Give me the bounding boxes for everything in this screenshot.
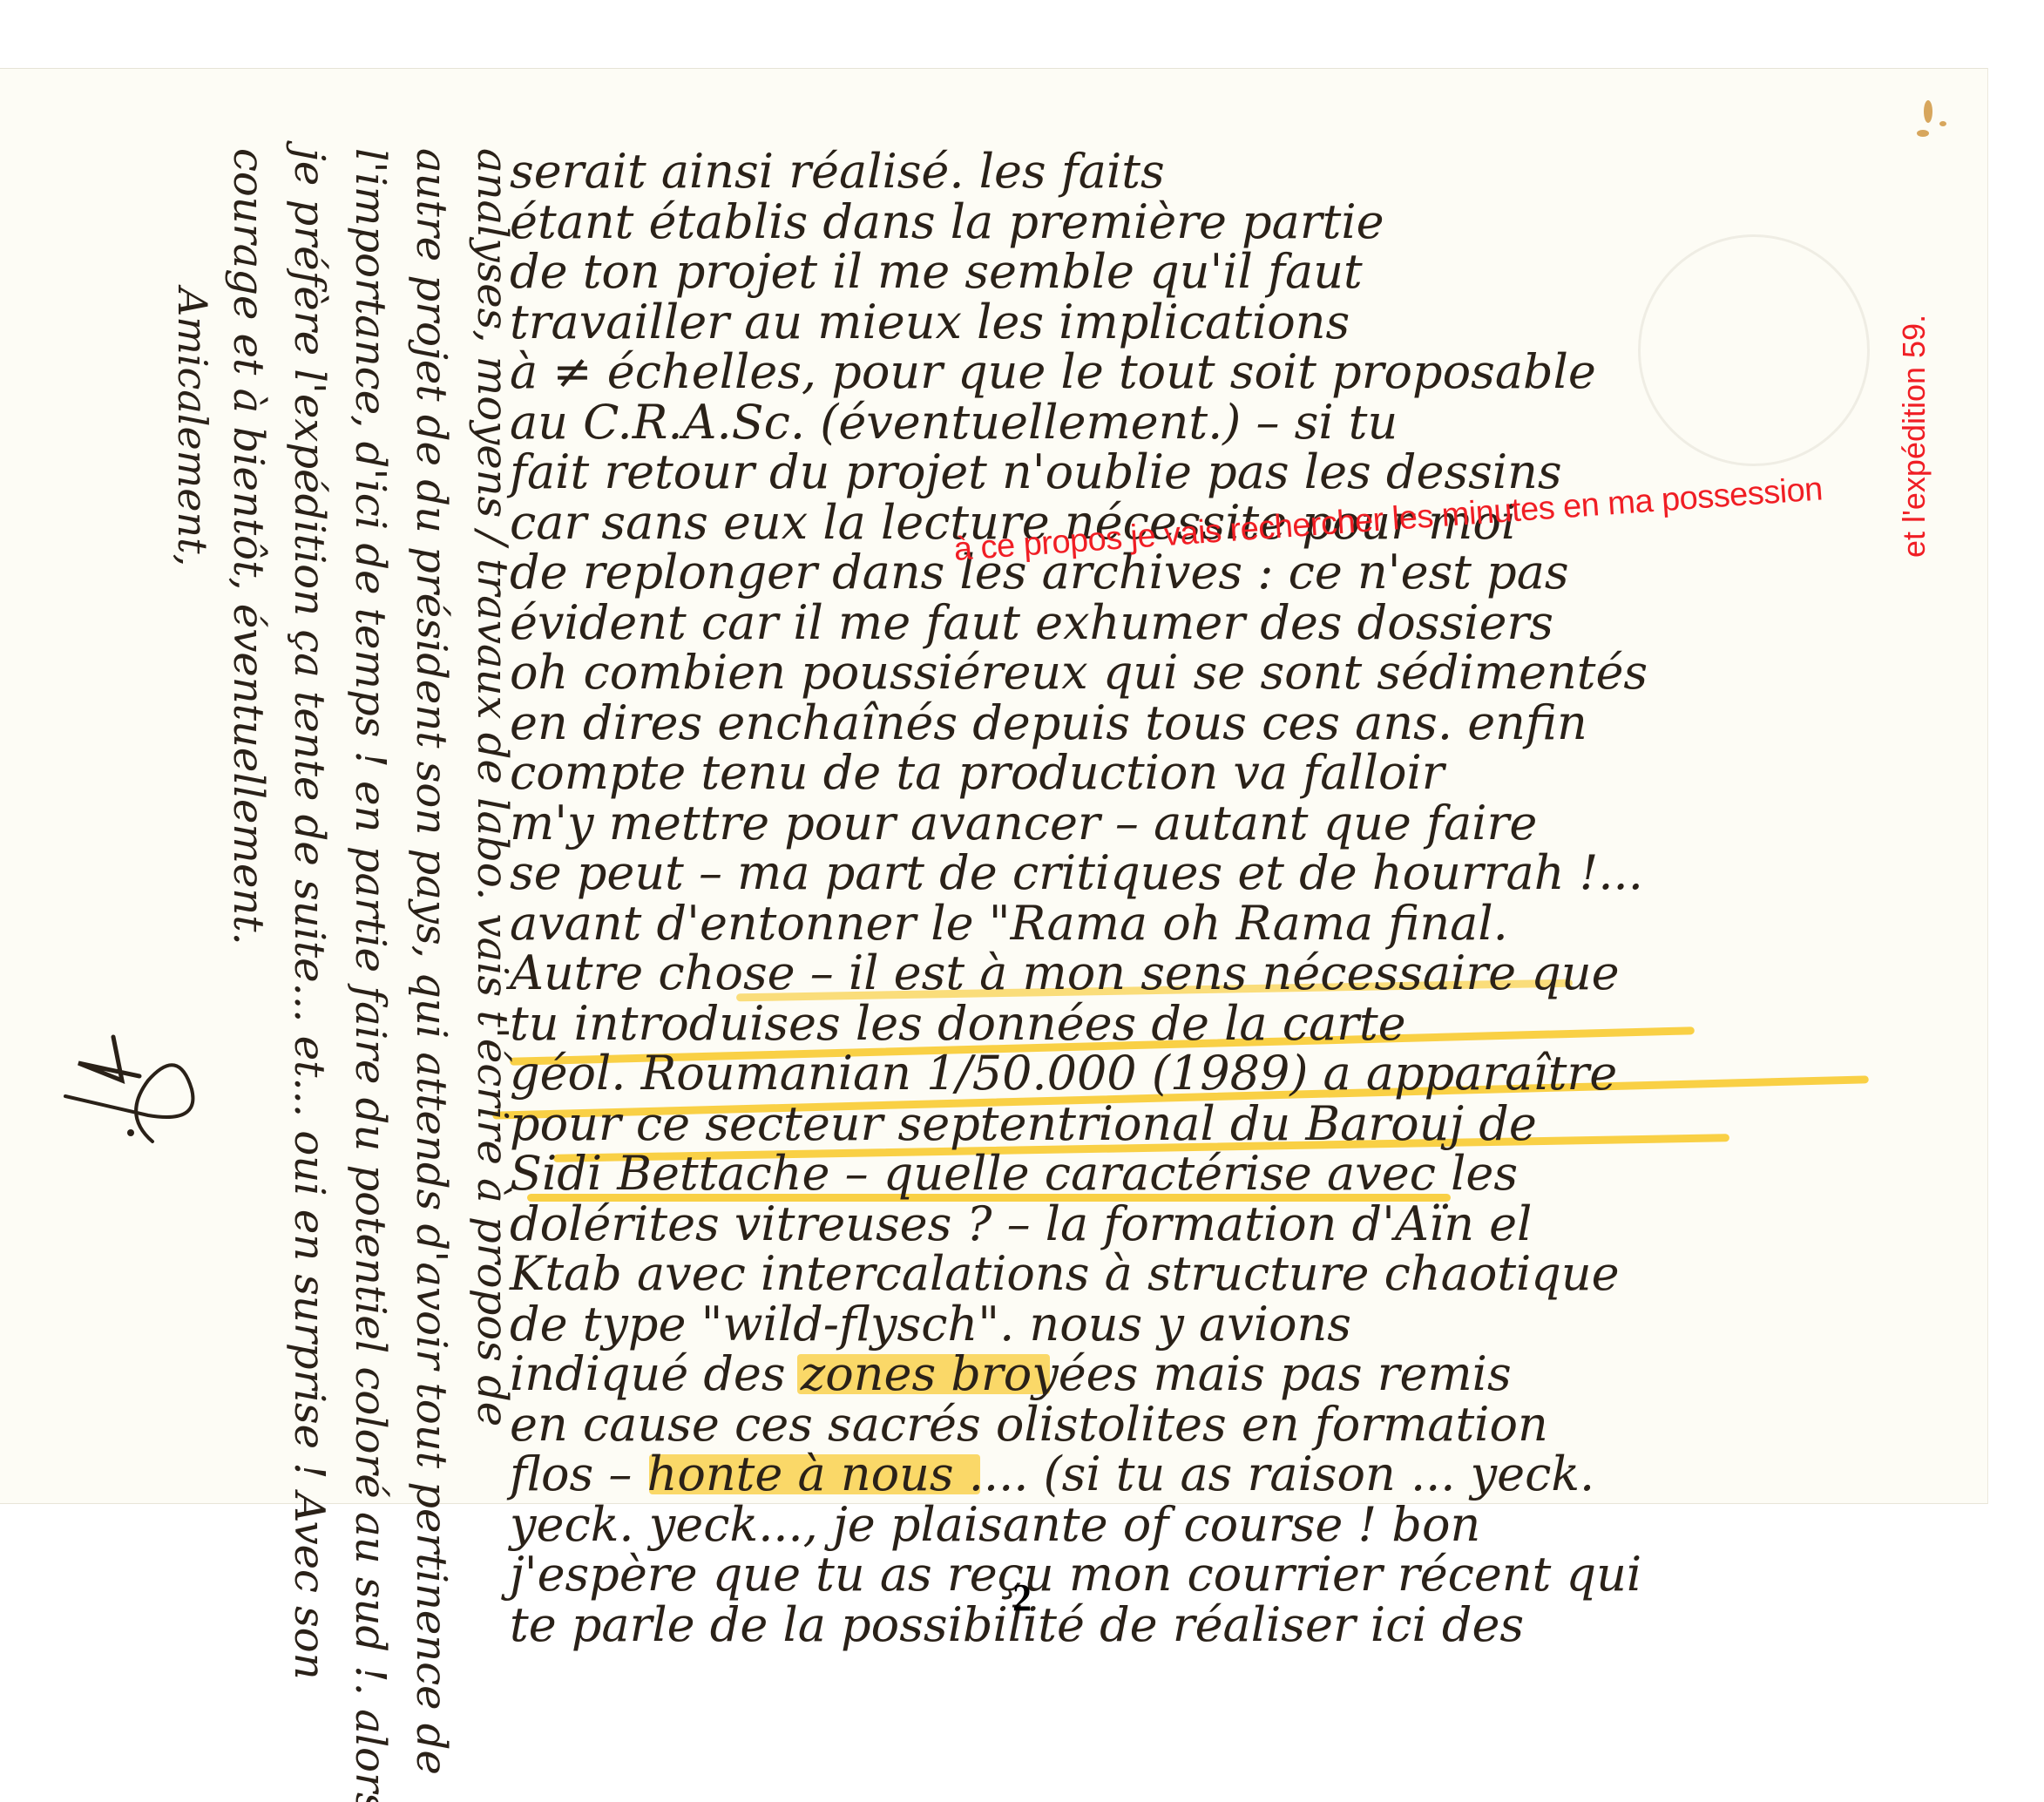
body-line: de ton projet il me semble qu'il faut — [510, 247, 1921, 297]
body-line-text: indiqué des zones broyées mais pas remis — [510, 1346, 1512, 1401]
body-line: en dires enchaînés depuis tous ces ans. … — [510, 698, 1921, 749]
body-line-text: Sidi Bettache – quelle caractérise avec … — [510, 1146, 1518, 1201]
postscript-line: courage et à bientôt, éventuellement. — [218, 148, 279, 1385]
body-line: dolérites vitreuses ? – la formation d'A… — [510, 1199, 1921, 1250]
postscript-line: je préfère l'expédition ça tente de suit… — [279, 148, 340, 1385]
body-line-underlined: Sidi Bettache – quelle caractérise avec … — [510, 1148, 1921, 1199]
body-line: de replonger dans les archives : ce n'es… — [510, 547, 1921, 598]
body-line: avant d'entonner le "Rama oh Rama final. — [510, 898, 1921, 949]
paper-stain — [1924, 100, 1932, 123]
body-line: m'y mettre pour avancer – autant que fai… — [510, 798, 1921, 849]
body-line-underlined: pour ce secteur septentrional du Barouj … — [510, 1099, 1921, 1149]
body-line: oh combien poussiéreux qui se sont sédim… — [510, 647, 1921, 698]
body-line-underlined: géol. Roumanian 1/50.000 (1989) a appara… — [510, 1048, 1921, 1099]
closing: Amicalement, — [169, 288, 216, 566]
body-line-highlighted: indiqué des zones broyées mais pas remis — [510, 1349, 1921, 1399]
body-line: étant établis dans la première partie — [510, 197, 1921, 247]
red-margin-note: et l'expédition 59. — [1896, 315, 1932, 558]
signature-icon — [26, 1028, 218, 1159]
body-line: à ≠ échelles, pour que le tout soit prop… — [510, 347, 1921, 397]
postscript-line: autre projet de du président son pays, q… — [401, 148, 462, 1385]
postscript-line: l'importance, d'ici de temps ! en partie… — [340, 148, 401, 1385]
body-line: compte tenu de ta production va falloir — [510, 748, 1921, 798]
body-line: travailler au mieux les implications — [510, 297, 1921, 348]
page-number: 2 — [0, 1575, 2044, 1620]
paper-stain — [1917, 130, 1929, 137]
body-line: Ktab avec intercalations à structure cha… — [510, 1249, 1921, 1299]
body-line-underlined: tu introduises les données de la carte — [510, 999, 1921, 1049]
postscript-line: analyses, moyens / travaux de labo. vais… — [462, 148, 523, 1385]
body-line: au C.R.A.Sc. (éventuellement.) – si tu — [510, 397, 1921, 448]
body-line-highlighted: flos – honte à nous .... (si tu as raiso… — [510, 1449, 1921, 1500]
body-line: de type "wild-flysch". nous y avions — [510, 1299, 1921, 1350]
body-line: en cause ces sacrés olistolites en forma… — [510, 1399, 1921, 1450]
body-line-text: flos – honte à nous .... (si tu as raiso… — [510, 1446, 1594, 1501]
paper-stain — [1939, 121, 1946, 126]
body-line-text: pour ce secteur septentrional du Barouj … — [510, 1096, 1537, 1151]
body-line-text: géol. Roumanian 1/50.000 (1989) a appara… — [510, 1046, 1617, 1101]
letter-body: serait ainsi réalisé. les faits étant ét… — [510, 146, 1921, 1650]
body-line: yeck. yeck..., je plaisante of course ! … — [510, 1500, 1921, 1550]
margin-postscript: analyses, moyens / travaux de labo. vais… — [113, 148, 523, 1385]
body-line: serait ainsi réalisé. les faits — [510, 146, 1921, 197]
body-line-highlighted: Autre chose – il est à mon sens nécessai… — [510, 948, 1921, 999]
body-line: évident car il me faut exhumer des dossi… — [510, 598, 1921, 648]
body-line: se peut – ma part de critiques et de hou… — [510, 848, 1921, 898]
body-line-text: Autre chose – il est à mon sens nécessai… — [510, 945, 1620, 1000]
body-line-text: tu introduises les données de la carte — [510, 996, 1406, 1051]
